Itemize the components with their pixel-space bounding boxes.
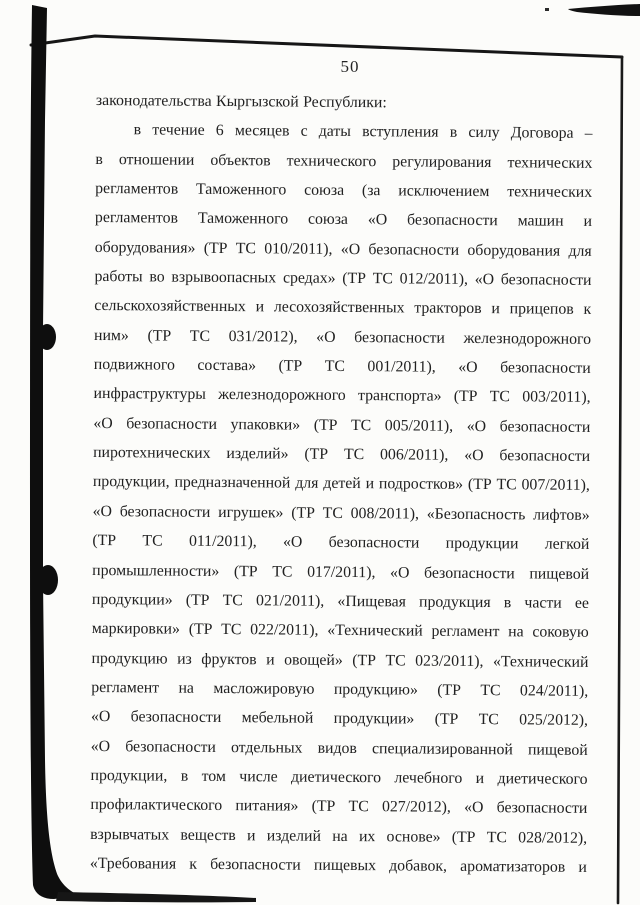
text-line: «О безопасности упаковки» (ТР ТС 005/201… (93, 409, 590, 442)
binding-bump-upper-artifact (38, 324, 56, 350)
text-line: продукции, предназначенной для детей и п… (93, 467, 590, 500)
top-right-ink-dot-artifact (545, 8, 549, 11)
text-line: в течение 6 месяцев с даты вступления в … (96, 115, 593, 148)
text-line: маркировки» (ТР ТС 022/2011), «Техническ… (92, 614, 589, 647)
text-line: регламентов Таможенного союза (за исключ… (95, 174, 592, 207)
text-line: работы во взрывоопасных средах» (ТР ТС 0… (94, 262, 591, 295)
scanned-page: 50 законодательства Кыргызской Республик… (0, 0, 640, 905)
page-border-right (618, 57, 622, 903)
text-line: «О безопасности мебельной продукции» (ТР… (91, 702, 588, 735)
text-line: инфраструктуры железнодорожного транспор… (93, 379, 590, 412)
text-line: пиротехнических изделий» (ТР ТС 006/2011… (93, 438, 590, 471)
text-line: подвижного состава» (ТР ТС 001/2011), «О… (94, 350, 591, 383)
text-line: в отношении объектов технического регули… (95, 145, 592, 178)
text-line: оборудования» (ТР ТС 010/2011), «О безоп… (95, 233, 592, 266)
text-line: «Требования к безопасности пищевых добав… (90, 849, 587, 882)
text-line: «О безопасности отдельных видов специали… (91, 732, 588, 765)
text-line: профилактического питания» (ТР ТС 027/20… (90, 790, 587, 823)
text-line: регламент на масложировую продукцию» (ТР… (91, 673, 588, 706)
text-line: законодательства Кыргызской Республики: (96, 86, 593, 119)
page-border-top (31, 36, 622, 57)
top-right-ink-streak-artifact (568, 4, 640, 16)
text-line: ним» (ТР ТС 031/2012), «О безопасности ж… (94, 321, 591, 354)
text-line: продукции» (ТР ТС 021/2011), «Пищевая пр… (92, 585, 589, 618)
text-line: «О безопасности игрушек» (ТР ТС 008/2011… (93, 497, 590, 530)
left-binding-band-artifact (30, 5, 80, 899)
text-block: законодательства Кыргызской Республики: … (90, 86, 593, 882)
text-line: сельскохозяйственных и лесохозяйственных… (94, 291, 591, 324)
text-line: промышленности» (ТР ТС 017/2011), «О без… (92, 555, 589, 588)
text-line: (ТР ТС 011/2011), «О безопасности продук… (92, 526, 589, 559)
page-number: 50 (100, 57, 600, 77)
text-line: регламентов Таможенного союза «О безопас… (95, 203, 592, 236)
bottom-ink-smear-artifact (56, 892, 256, 902)
binding-bump-lower-artifact (38, 565, 58, 595)
text-line: взрывчатых веществ и изделий на их основ… (90, 820, 587, 853)
text-line: продукции, в том числе диетического лече… (90, 761, 587, 794)
text-line: продукцию из фруктов и овощей» (ТР ТС 02… (91, 644, 588, 677)
